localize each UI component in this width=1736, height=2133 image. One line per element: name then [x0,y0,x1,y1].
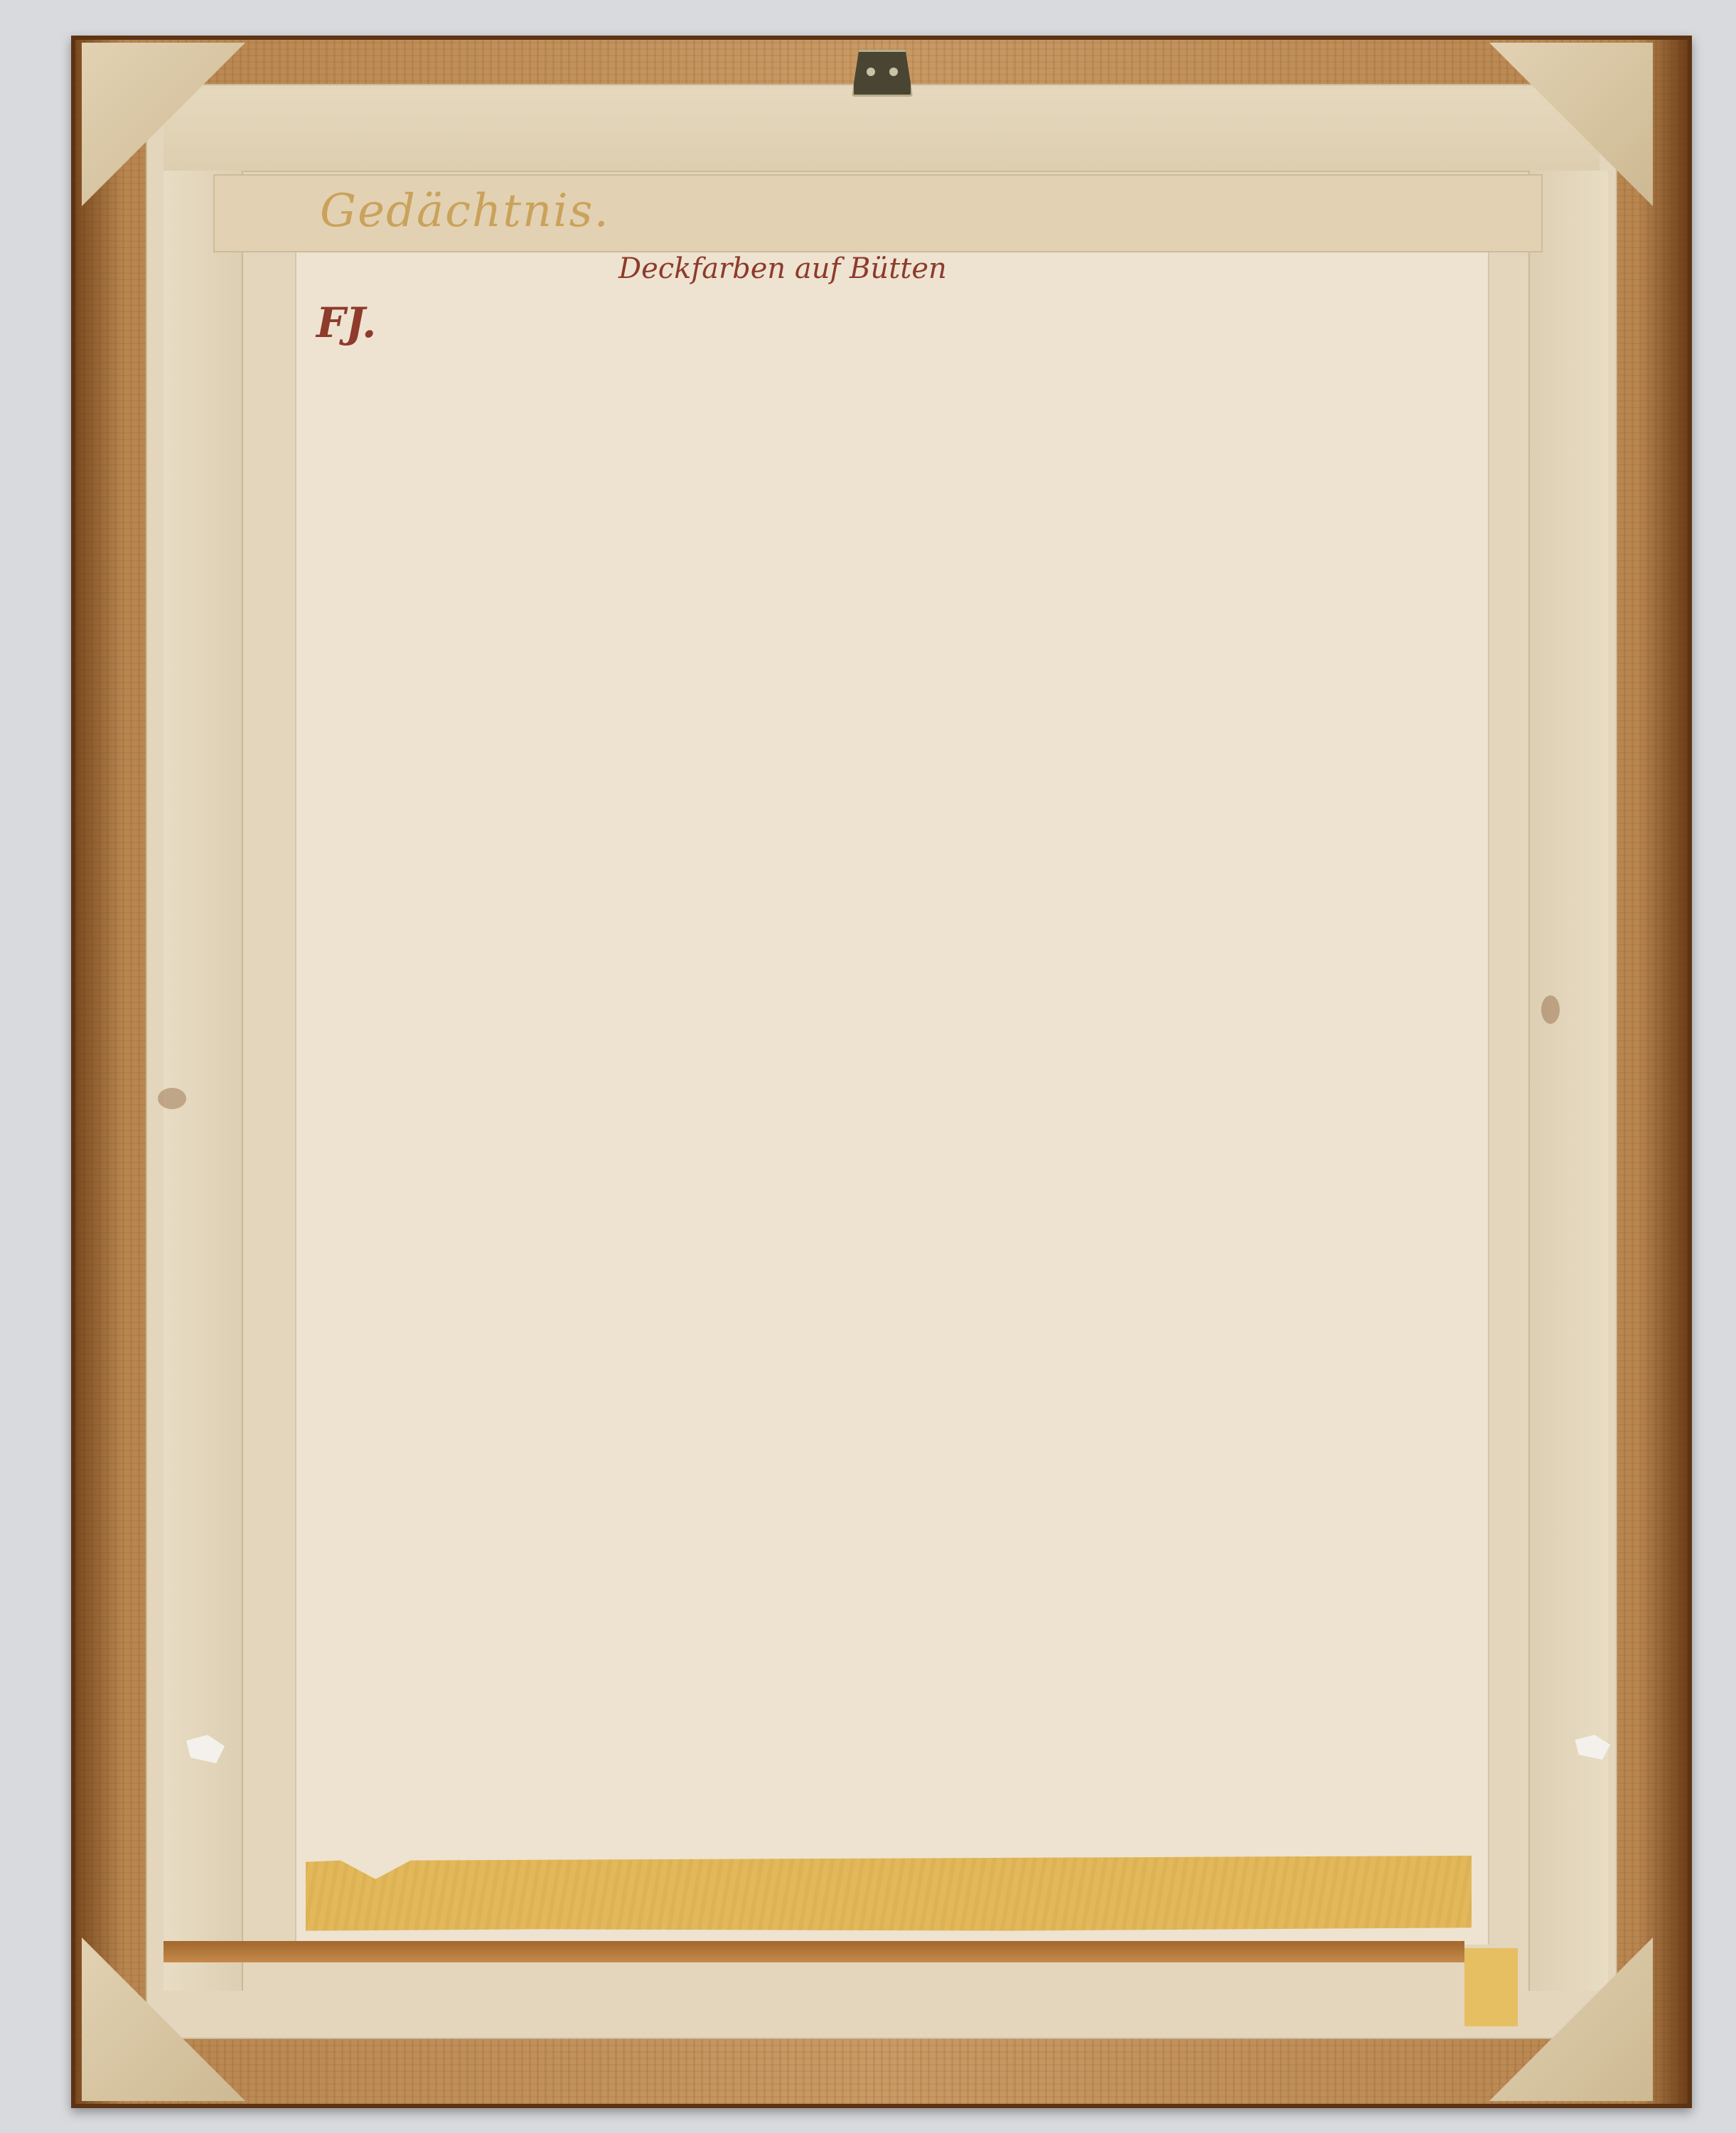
handwritten-medium-note: Deckfarben auf Bütten [618,252,947,285]
handwritten-title: Gedächtnis. [320,185,610,237]
right-tape-strip [1528,171,1608,1991]
stain-mark [1541,995,1560,1024]
bottom-wood-ledge [164,1941,1464,1962]
screw-icon [889,68,898,76]
yellow-masking-tape [306,1856,1472,1934]
stain-mark [158,1088,186,1109]
top-tape-strip [164,89,1600,172]
left-tape-strip [164,171,243,1991]
sawtooth-hanger-icon [852,50,913,97]
screw-icon [867,68,875,76]
artist-monogram: FJ. [316,299,376,347]
yellow-tape-piece [1464,1948,1518,2026]
paper-sheet [295,252,1489,1945]
